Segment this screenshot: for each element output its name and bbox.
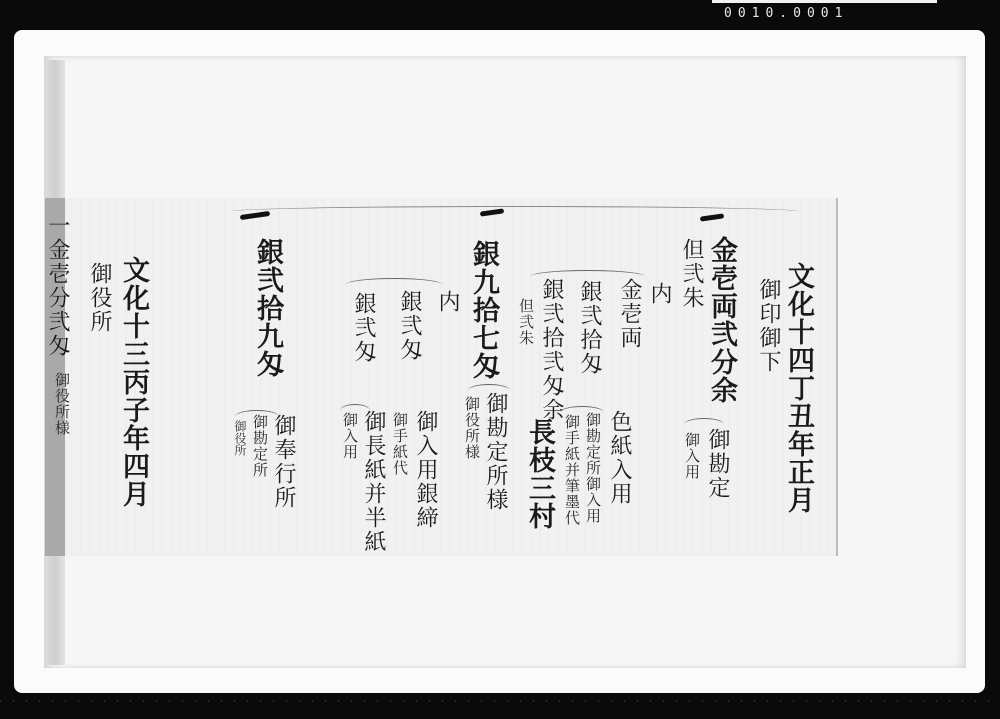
closing-signature: 御役所 [88,262,110,334]
left-fragment: 一金壱分弐匁 [46,214,68,358]
item-2-main: 銀九拾七匁 [470,240,497,380]
item-3-remark-4: 御入用 [342,412,357,460]
item-2-inner-label: 内 [648,282,670,306]
item-3-remark-2: 御手紙代 [392,412,407,476]
item-1-sub-note: 御勘定 [706,428,728,500]
film-edge-noise [0,700,1000,702]
item-2-breakdown-3: 銀弐拾弐匁余 [540,278,562,422]
left-fragment-note: 御役所様 [54,372,69,436]
item-3-remark-6: 御勘定所 [252,414,267,478]
item-2-remark-3: 御手紙并筆墨代 [564,414,579,526]
item-1-main: 金壱両弐分余 [708,236,735,404]
item-2-breakdown-4: 但弐朱 [518,298,533,346]
item-1-note: 但弐朱 [680,238,702,310]
item-3-remark-7: 御役所 [234,420,246,456]
item-2-breakdown-2: 銀弐拾匁 [578,280,600,376]
item-2-remark-4: 長枝三村 [526,418,553,530]
item-3-main: 銀弐拾九匁 [254,238,281,378]
item-3-remark-1: 御入用銀締 [414,410,436,530]
item-3-remark-5: 御奉行所 [272,414,294,510]
item-3-inner-label: 内 [436,290,458,314]
header-date: 文化十四丁丑年正月 [785,262,812,514]
item-3-breakdown-1: 銀弐匁 [398,290,420,362]
item-2-remark-5: 御勘定所様 [484,392,506,512]
item-3-remark-3: 御長紙并半紙 [362,410,384,554]
item-3-bracket [346,278,442,291]
item-2-remark-1: 色紙入用 [608,410,630,506]
item-3-breakdown-2: 銀弐匁 [352,292,374,364]
item-2-breakdown-1: 金壱両 [618,278,640,350]
header-addressee: 御印御下 [757,278,779,374]
item-2-remark-6: 御役所様 [464,396,479,460]
frame-counter: 0010.0001 [724,6,848,21]
item-1-sub-note2: 御入用 [684,432,699,480]
item-2-remark-2: 御勘定所御入用 [585,412,600,524]
film-counter-tab [712,0,937,3]
closing-date: 文化十三丙子年四月 [120,256,147,508]
